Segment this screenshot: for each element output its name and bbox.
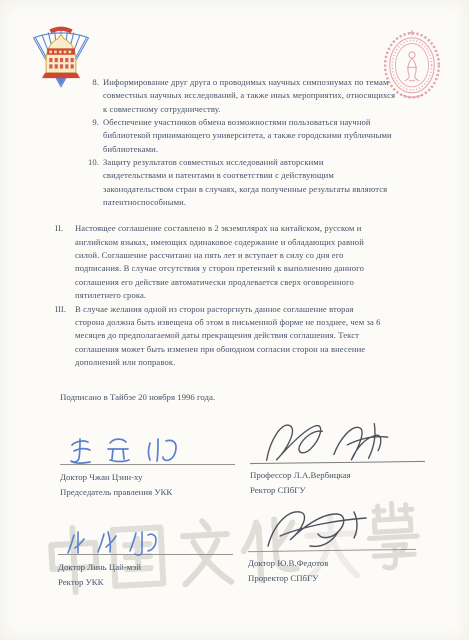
signature-block-lin: Доктор Линь Цай-мэй Ректор УКК [58, 512, 233, 590]
agreement-section-iii: III. В случае желания одной из сторон ра… [55, 303, 423, 370]
section-numeral: II. [55, 222, 71, 235]
signer-title: Председатель правления УКК [60, 485, 235, 500]
agreement-item-9: 9. Обеспечение участников обмена возможн… [55, 116, 423, 156]
signature-block-chang: Доктор Чжан Цзин-ху Председатель правлен… [60, 422, 235, 500]
signer-name: Доктор Ю.В.Федотов [248, 556, 423, 571]
signer-name: Доктор Чжан Цзин-ху [60, 470, 235, 485]
item-number: 9. [79, 116, 99, 129]
text-line: законодательством стран в случаях, когда… [103, 183, 423, 196]
text-line: В случае желания одной из сторон расторг… [75, 303, 423, 316]
text-line: библиотеками. [103, 143, 423, 156]
text-line: дополнений или поправок. [75, 356, 423, 369]
text-line: к совместному сотрудничеству. [103, 103, 423, 116]
scanned-agreement-page: 8. Информирование друг друга о проводимы… [0, 0, 469, 640]
signer-title: Ректор УКК [58, 575, 233, 590]
text-line: патентноспособными. [103, 196, 423, 209]
agreement-item-10: 10. Защиту результатов совместных исслед… [55, 156, 423, 209]
handwritten-signature-chinese-1 [60, 422, 235, 464]
signer-name: Профессор Л.А.Вербицкая [250, 468, 425, 483]
signer-title: Ректор СПбГУ [250, 483, 425, 498]
ccu-emblem-logo [27, 25, 95, 91]
item-number: 10. [79, 156, 99, 169]
text-line: Обеспечение участников обмена возможност… [103, 116, 423, 129]
signer-title: Проректор СПбГУ [248, 571, 423, 586]
text-line: силой. Соглашение рассчитано на пять лет… [75, 249, 423, 262]
text-line: библиотекой принимающего университета, а… [103, 129, 423, 142]
text-line: соглашения может быть изменен при обоюдн… [75, 343, 423, 356]
handwritten-signature-cursive-1 [250, 420, 425, 462]
text-line: пятилетнего срока. [75, 289, 423, 302]
text-line: соглашения его действие автоматически пр… [75, 276, 423, 289]
text-line: свидетельствами и патентами в соответств… [103, 169, 423, 182]
ornate-oval-seal-icon [382, 27, 442, 101]
text-line: сторона должна быть извещена об этом в п… [75, 316, 423, 329]
signature-block-verbitskaya: Профессор Л.А.Вербицкая Ректор СПбГУ [250, 420, 425, 498]
text-line: Информирование друг друга о проводимых н… [103, 76, 423, 89]
handwritten-signature-chinese-2 [58, 512, 233, 554]
section-numeral: III. [55, 303, 71, 316]
text-line: Настоящее соглашение составлено в 2 экзе… [75, 222, 423, 235]
spbu-seal-logo [382, 27, 442, 99]
signer-name: Доктор Линь Цай-мэй [58, 560, 233, 575]
text-line: Защиту результатов совместных исследован… [103, 156, 423, 169]
text-line: английском языках, имеющих одинаковое со… [75, 236, 423, 249]
agreement-section-ii: II. Настоящее соглашение составлено в 2 … [55, 222, 423, 302]
handwritten-signature-cursive-2 [248, 508, 423, 550]
emblem-base [42, 73, 80, 78]
text-line: месяцев до предполагаемой даты прекращен… [75, 329, 423, 342]
signature-block-fedotov: Доктор Ю.В.Федотов Проректор СПбГУ [248, 508, 423, 586]
agreement-item-8: 8. Информирование друг друга о проводимы… [55, 76, 423, 116]
agreement-text: 8. Информирование друг друга о проводимы… [55, 76, 423, 369]
signing-statement: Подписано в Тайбэе 20 ноября 1996 года. [60, 392, 215, 402]
pagoda-emblem-icon [27, 25, 95, 91]
text-line: подписания. В случае отсутствия у сторон… [75, 262, 423, 275]
text-line: совместных научных исследований, а также… [103, 89, 423, 102]
